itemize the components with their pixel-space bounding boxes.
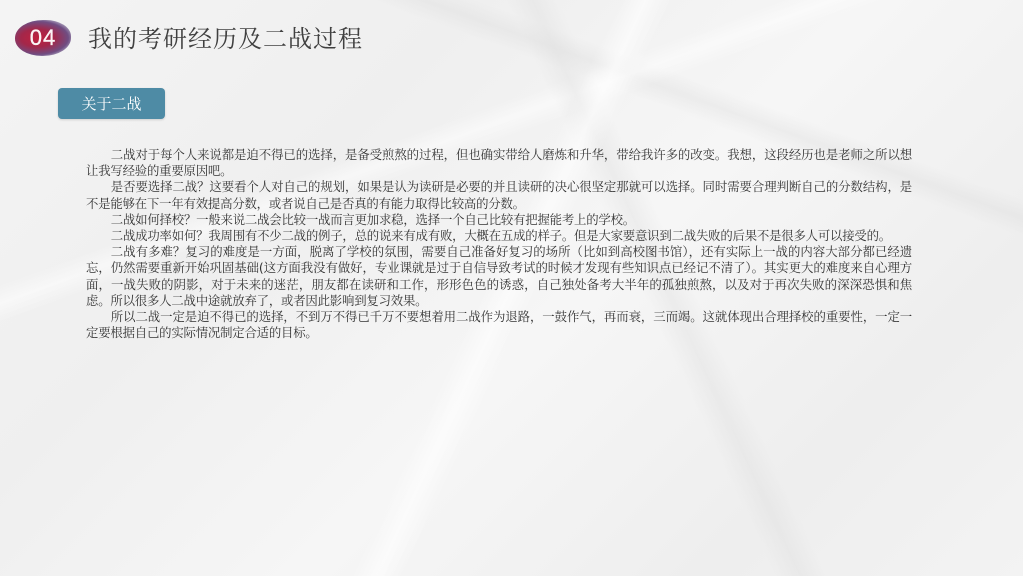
page-title: 我的考研经历及二战过程: [88, 19, 363, 54]
body-text: 二战对于每个人来说都是迫不得已的选择，是备受煎熬的过程，但也确实带给人磨炼和升华…: [86, 147, 912, 341]
section-tag-button[interactable]: 关于二战: [58, 88, 165, 119]
paragraph-difficulty: 二战有多难？复习的难度是一方面，脱离了学校的氛围，需要自己准备好复习的场所（比如…: [86, 244, 912, 309]
paragraph-intro: 二战对于每个人来说都是迫不得已的选择，是备受煎熬的过程，但也确实带给人磨炼和升华…: [86, 147, 912, 179]
section-number: 04: [30, 25, 56, 51]
paragraph-whether: 是否要选择二战？这要看个人对自己的规划，如果是认为读研是必要的并且读研的决心很坚…: [86, 179, 912, 211]
paragraph-conclusion: 所以二战一定是迫不得已的选择，不到万不得已千万不要想着用二战作为退路，一鼓作气，…: [86, 309, 912, 341]
paragraph-school-choice: 二战如何择校？一般来说二战会比较一战而言更加求稳，选择一个自己比较有把握能考上的…: [86, 212, 912, 228]
section-tag-label: 关于二战: [81, 93, 141, 114]
paragraph-success-rate: 二战成功率如何？我周围有不少二战的例子，总的说来有成有败，大概在五成的样子。但是…: [86, 228, 912, 244]
section-number-badge: 04: [15, 20, 71, 56]
